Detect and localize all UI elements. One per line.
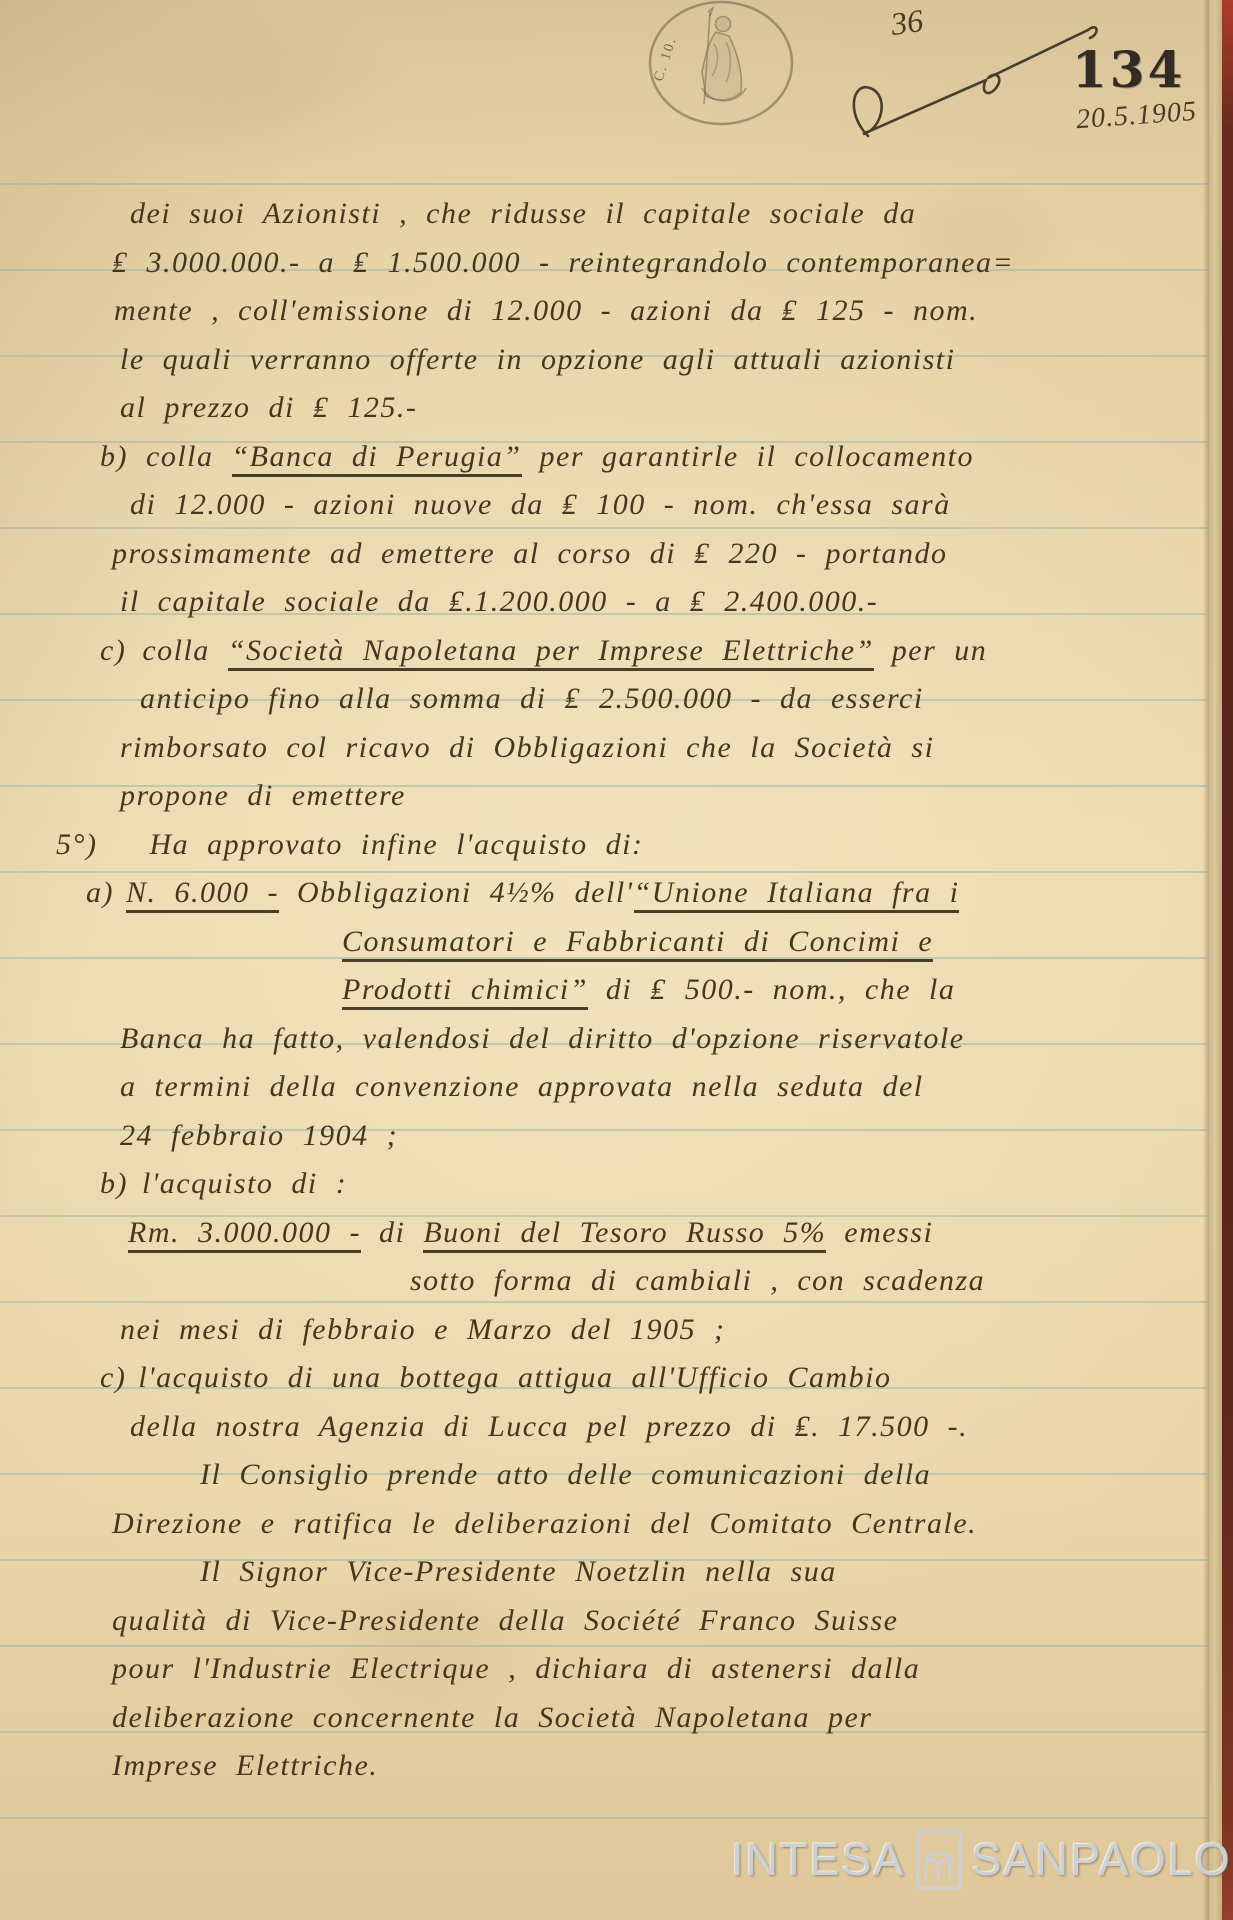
text-run: colla: [142, 634, 228, 667]
manuscript-line: b)colla “Banca di Perugia” per garantirl…: [100, 433, 1210, 482]
manuscript-line: Rm. 3.000.000 - di Buoni del Tesoro Russ…: [112, 1209, 1210, 1258]
manuscript-line: le quali verranno offerte in opzione agl…: [112, 336, 1210, 385]
page-edge: [1209, 0, 1222, 1920]
manuscript-line: nei mesi di febbraio e Marzo del 1905 ;: [112, 1306, 1210, 1355]
underlined-text: N. 6.000 -: [126, 876, 279, 913]
page-number: 134: [1072, 40, 1185, 99]
text-run: deliberazione concernente la Società Nap…: [112, 1701, 873, 1734]
manuscript-line: Direzione e ratifica le deliberazioni de…: [112, 1500, 1210, 1549]
manuscript-line: a termini della convenzione approvata ne…: [112, 1063, 1210, 1112]
binding-edge: [1222, 0, 1233, 1920]
text-run: colla: [146, 440, 232, 473]
underlined-text: Prodotti chimici”: [342, 973, 588, 1010]
stamp-label: C. 10.: [652, 35, 680, 83]
text-run: Obbligazioni 4½% dell': [279, 876, 634, 909]
text-run: l'acquisto di :: [142, 1167, 347, 1200]
manuscript-line: dei suoi Azionisti , che ridusse il capi…: [112, 190, 1210, 239]
text-run: della nostra Agenzia di Lucca pel prezzo…: [130, 1410, 968, 1443]
text-run: le quali verranno offerte in opzione agl…: [120, 343, 955, 376]
manuscript-line: ₤ 3.000.000.- a ₤ 1.500.000 - reintegran…: [112, 239, 1210, 288]
text-run: Imprese Elettriche.: [112, 1749, 378, 1782]
text-run: di ₤ 500.- nom., che la: [588, 973, 955, 1006]
manuscript-line: al prezzo di ₤ 125.-: [112, 384, 1210, 433]
underlined-text: Consumatori e Fabbricanti di Concimi e: [342, 925, 933, 962]
text-run: 24 febbraio 1904 ;: [120, 1119, 398, 1152]
underlined-text: “Unione Italiana fra i: [634, 876, 960, 913]
text-run: il capitale sociale da ₤.1.200.000 - a ₤…: [120, 585, 878, 618]
manuscript-line: Banca ha fatto, valendosi del diritto d'…: [112, 1015, 1210, 1064]
underlined-text: “Società Napoletana per Imprese Elettric…: [228, 634, 874, 671]
text-run: di 12.000 - azioni nuove da ₤ 100 - nom.…: [130, 488, 951, 521]
text-run: dei suoi Azionisti , che ridusse il capi…: [130, 197, 916, 230]
manuscript-line: c)colla “Società Napoletana per Imprese …: [100, 627, 1210, 676]
underlined-text: Rm. 3.000.000 -: [128, 1216, 361, 1253]
line-marker: 5°): [56, 821, 98, 870]
text-run: Ha approvato infine l'acquisto di:: [150, 828, 644, 861]
stamp-figure-icon: C. 10.: [646, 0, 796, 128]
manuscript-line: b)l'acquisto di :: [100, 1160, 1210, 1209]
manuscript-line: deliberazione concernente la Società Nap…: [112, 1694, 1210, 1743]
line-marker: c): [100, 627, 126, 676]
underlined-text: “Banca di Perugia”: [232, 440, 522, 477]
text-run: propone di emettere: [120, 779, 406, 812]
manuscript-line: rimborsato col ricavo di Obbligazioni ch…: [112, 724, 1210, 773]
text-run: Il Signor Vice-Presidente Noetzlin nella…: [200, 1555, 837, 1588]
text-run: l'acquisto di una bottega attigua all'Uf…: [138, 1361, 891, 1394]
manuscript-line: c)l'acquisto di una bottega attigua all'…: [100, 1354, 1210, 1403]
text-run: pour l'Industrie Electrique , dichiara d…: [112, 1652, 920, 1685]
manuscript-body: dei suoi Azionisti , che ridusse il capi…: [112, 190, 1210, 1791]
text-run: Direzione e ratifica le deliberazioni de…: [112, 1507, 977, 1540]
text-run: mente , coll'emissione di 12.000 - azion…: [114, 294, 978, 327]
manuscript-line: della nostra Agenzia di Lucca pel prezzo…: [112, 1403, 1210, 1452]
text-run: Banca ha fatto, valendosi del diritto d'…: [120, 1022, 965, 1055]
text-run: qualità di Vice-Presidente della Société…: [112, 1604, 899, 1637]
text-run: a termini della convenzione approvata ne…: [120, 1070, 924, 1103]
watermark: INTESA SANPAOLO: [731, 1830, 1232, 1890]
text-run: ₤ 3.000.000.- a ₤ 1.500.000 - reintegran…: [112, 246, 1014, 279]
manuscript-line: il capitale sociale da ₤.1.200.000 - a ₤…: [112, 578, 1210, 627]
text-run: sotto forma di cambiali , con scadenza: [410, 1264, 985, 1297]
manuscript-line: Imprese Elettriche.: [112, 1742, 1210, 1791]
manuscript-line: propone di emettere: [112, 772, 1210, 821]
manuscript-line: Il Signor Vice-Presidente Noetzlin nella…: [112, 1548, 1210, 1597]
manuscript-line: Il Consiglio prende atto delle comunicaz…: [112, 1451, 1210, 1500]
text-run: emessi: [826, 1216, 933, 1249]
text-run: per un: [874, 634, 988, 667]
manuscript-line: mente , coll'emissione di 12.000 - azion…: [112, 287, 1210, 336]
line-marker: c): [100, 1354, 126, 1403]
line-marker: b): [100, 1160, 128, 1209]
manuscript-line: Prodotti chimici” di ₤ 500.- nom., che l…: [112, 966, 1210, 1015]
text-run: Il Consiglio prende atto delle comunicaz…: [200, 1458, 931, 1491]
underlined-text: Buoni del Tesoro Russo 5%: [423, 1216, 826, 1253]
manuscript-line: prossimamente ad emettere al corso di ₤ …: [112, 530, 1210, 579]
text-run: nei mesi di febbraio e Marzo del 1905 ;: [120, 1313, 725, 1346]
manuscript-line: pour l'Industrie Electrique , dichiara d…: [112, 1645, 1210, 1694]
manuscript-line: Consumatori e Fabbricanti di Concimi e: [112, 918, 1210, 967]
manuscript-line: 5°)Ha approvato infine l'acquisto di:: [56, 821, 1210, 870]
watermark-intesa: INTESA: [731, 1834, 906, 1886]
line-marker: b): [100, 433, 128, 482]
text-run: al prezzo di ₤ 125.-: [120, 391, 417, 424]
manuscript-line: a)N. 6.000 - Obbligazioni 4½% dell'“Unio…: [86, 869, 1210, 918]
manuscript-line: sotto forma di cambiali , con scadenza: [112, 1257, 1210, 1306]
intesa-sanpaolo-logo-icon: [916, 1830, 962, 1890]
manuscript-line: di 12.000 - azioni nuove da ₤ 100 - nom.…: [112, 481, 1210, 530]
text-run: per garantirle il collocamento: [522, 440, 974, 473]
manuscript-line: qualità di Vice-Presidente della Société…: [112, 1597, 1210, 1646]
text-run: rimborsato col ricavo di Obbligazioni ch…: [120, 731, 934, 764]
watermark-sanpaolo: SANPAOLO: [972, 1834, 1232, 1886]
text-run: anticipo fino alla somma di ₤ 2.500.000 …: [140, 682, 924, 715]
oval-stamp: C. 10.: [646, 0, 796, 128]
manuscript-page: C. 10. 36 134 20.5.1905 dei suoi Azionis…: [0, 0, 1233, 1920]
manuscript-line: 24 febbraio 1904 ;: [112, 1112, 1210, 1161]
line-marker: a): [86, 869, 114, 918]
text-run: di: [361, 1216, 423, 1249]
manuscript-line: anticipo fino alla somma di ₤ 2.500.000 …: [112, 675, 1210, 724]
text-run: prossimamente ad emettere al corso di ₤ …: [112, 537, 948, 570]
